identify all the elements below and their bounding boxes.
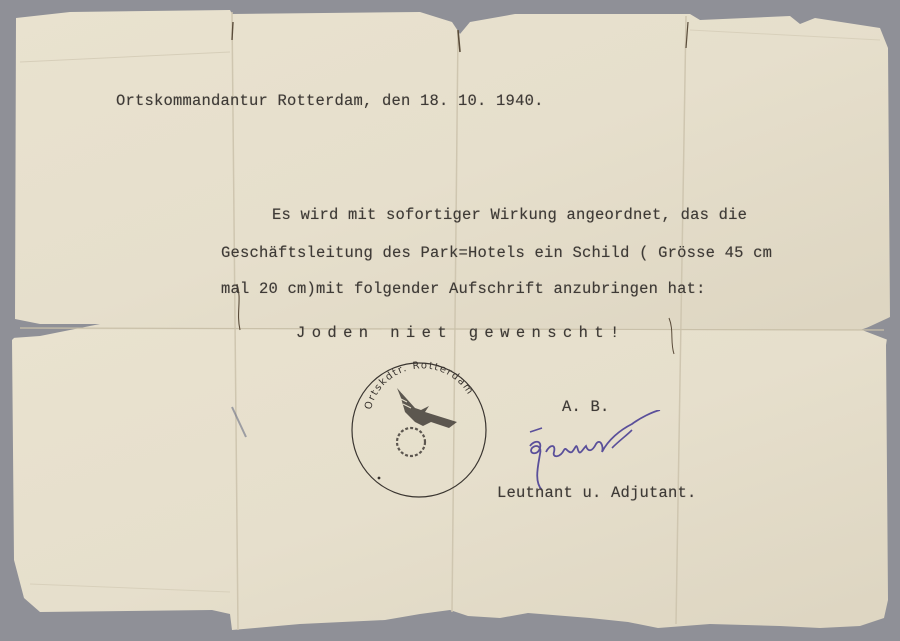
- header-line: Ortskommandantur Rotterdam, den 18. 10. …: [116, 92, 544, 110]
- svg-text:Ortskdtr. Rotterdam: Ortskdtr. Rotterdam: [363, 360, 476, 411]
- official-stamp: Ortskdtr. Rotterdam: [349, 360, 489, 500]
- body-line-3: mal 20 cm)mit folgender Aufschrift anzub…: [221, 280, 706, 298]
- eagle-icon: [397, 388, 457, 456]
- stamp-ring-text: Ortskdtr. Rotterdam: [363, 360, 476, 411]
- pencil-mark: [228, 403, 268, 453]
- body-line-2: Geschäftsleitung des Park=Hotels ein Sch…: [221, 244, 772, 262]
- body-line-1: Es wird mit sofortiger Wirkung angeordne…: [272, 206, 747, 224]
- document-paper: Ortskommandantur Rotterdam, den 18. 10. …: [0, 0, 900, 641]
- signature-title: Leutnant u. Adjutant.: [497, 484, 697, 502]
- sign-text: Joden niet gewenscht!: [296, 324, 626, 342]
